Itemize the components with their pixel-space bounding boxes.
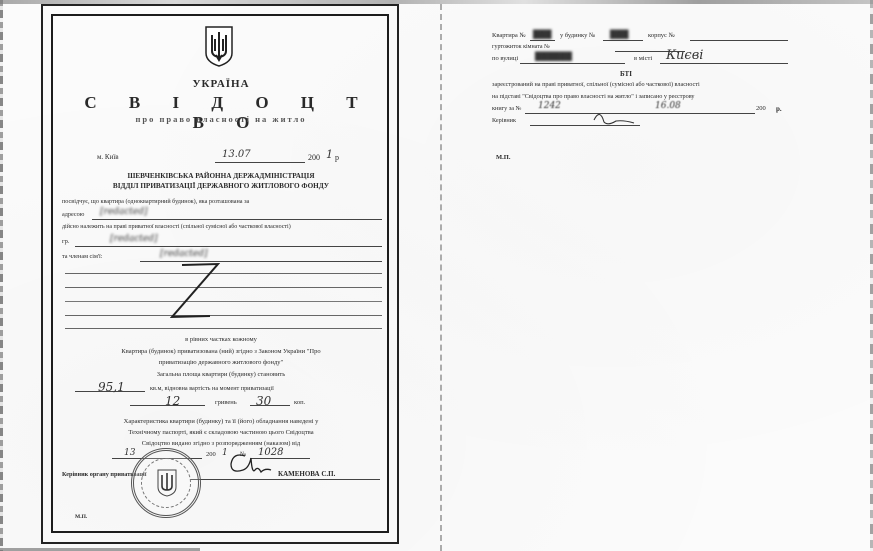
description-line-1: Характеристика квартири (будинку) та її … xyxy=(52,418,390,425)
order-year-prefix: 200 xyxy=(206,451,216,458)
registry-date: 16.08 xyxy=(655,101,681,111)
issuer-line-1: ШЕВЧЕНКІВСЬКА РАЙОННА ДЕРЖАДМІНІСТРАЦІЯ xyxy=(52,172,390,180)
privatized-text-2: приватизацію державного житлового фонду" xyxy=(52,359,390,366)
owners-text: дійсно належить на праві приватної власн… xyxy=(62,224,291,230)
street-value: ██████ xyxy=(535,52,572,61)
issuer-line-2: ВІДДІЛ ПРИВАТИЗАЦІЇ ДЕРЖАВНОГО ЖИТЛОВОГО… xyxy=(52,182,390,190)
building-label: у будинку № xyxy=(560,32,595,39)
address-label: адресою xyxy=(62,211,84,218)
citizen-label: гр. xyxy=(62,238,70,245)
description-line-2: Технічному паспорті, який є складовою ча… xyxy=(52,429,390,436)
registrar-signature xyxy=(590,106,650,128)
apartment-value: ███ xyxy=(533,30,551,39)
registry-number: 1242 xyxy=(538,101,561,111)
bti-label: БТІ xyxy=(620,70,632,78)
area-value: 95,1 xyxy=(98,380,125,394)
page-fold-line xyxy=(440,4,442,551)
street-label: по вулиці xyxy=(492,55,518,62)
chief-signature xyxy=(225,448,275,480)
citizen-value: [redacted] xyxy=(110,234,158,244)
seal-emblem-icon xyxy=(157,469,177,497)
city-label-right: в місті xyxy=(634,55,652,62)
address-value: [redacted] xyxy=(100,207,148,217)
country-title: УКРАЇНА xyxy=(52,78,390,90)
dormitory-label: гуртожиток кімната № xyxy=(492,44,550,50)
description-line-3: Свідоцтво видано згідно з розпорядженням… xyxy=(52,440,390,447)
official-seal xyxy=(131,448,201,518)
document-title: С В І Д О Ц Т В О xyxy=(52,93,390,133)
cost-unit: гривень xyxy=(215,399,237,406)
registered-line-1: зареєстрований на праві приватної, спіль… xyxy=(492,81,700,88)
seal-label-right: М.П. xyxy=(496,154,510,161)
issue-date: 13.07 xyxy=(222,149,251,160)
registry-year: 200 xyxy=(756,105,766,112)
seal-label-left: М.П. xyxy=(75,514,87,520)
cost-kop-unit: коп. xyxy=(294,399,305,406)
members-label: та членам сім'ї: xyxy=(62,253,102,260)
cancel-strike-z xyxy=(170,262,220,320)
coat-of-arms-icon xyxy=(204,25,234,67)
certifies-text: посвідчує, що квартира (одноквартирний б… xyxy=(62,198,249,205)
document-subtitle: про право власності на житло xyxy=(52,114,390,124)
year-suffix: 1 xyxy=(326,148,333,161)
shares-text: в рівних частках кожному xyxy=(52,336,390,343)
corpus-label: корпус № xyxy=(648,32,675,39)
year-prefix: 200 xyxy=(308,153,320,162)
building-value: ███ xyxy=(610,30,628,39)
registry-year-unit: р. xyxy=(776,105,782,113)
cost-value: 12 xyxy=(165,394,180,408)
cost-kop: 30 xyxy=(256,394,271,408)
area-unit-text: кв.м, відновна вартість на момент приват… xyxy=(150,385,274,392)
apartment-label: Квартира № xyxy=(492,32,526,39)
scan-edge-left xyxy=(0,0,3,551)
registered-line-2: на підставі "Свідоцтва про право власнос… xyxy=(492,93,695,100)
privatized-text-1: Квартира (будинок) приватизована (ний) з… xyxy=(52,348,390,355)
area-text: Загальна площа квартири (будинку) станов… xyxy=(52,371,390,378)
city-label: м. Київ xyxy=(97,153,119,161)
members-value: [redacted] xyxy=(160,249,208,259)
year-unit: р xyxy=(335,153,339,162)
order-day: 13 xyxy=(124,448,135,458)
city-value-right: Києві xyxy=(666,48,703,63)
registered-line-3: книгу за № xyxy=(492,105,521,112)
head-label: Керівник xyxy=(492,117,516,124)
chief-name: КАМЕНОВА С.П. xyxy=(278,470,335,478)
